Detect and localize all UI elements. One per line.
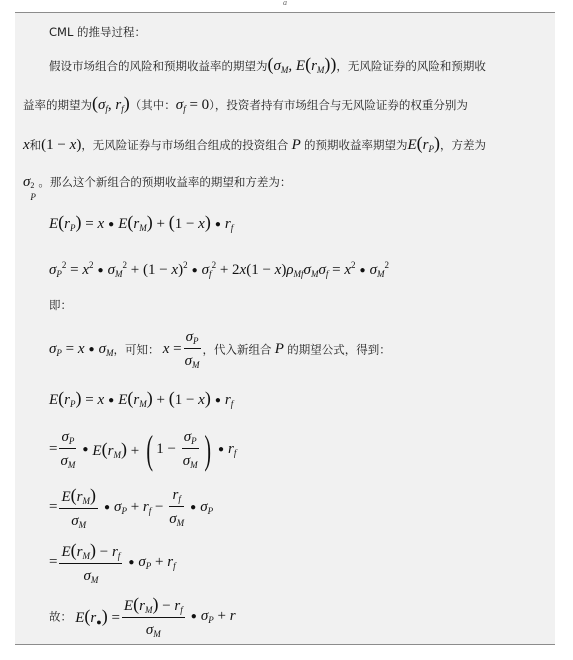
text: 和 [30, 138, 42, 152]
riskfree-math: (σf, rf) [92, 97, 130, 113]
text: 假设市场组合的风险和预期收益率的期望为 [49, 59, 268, 73]
market-portfolio-math: (σM, E(rM)) [268, 58, 337, 74]
sigma-f-zero-math: σf = 0 [176, 97, 209, 113]
text: 的期望公式，得到： [287, 343, 391, 357]
page-header-mark: a [283, 0, 287, 7]
text: ，无风险证券的风险和预期收 [336, 59, 486, 73]
x-math: x [23, 137, 30, 153]
equation-expected-return: E(rP) = x●E(rM) + (1 − x)●rf [49, 213, 233, 237]
text: ，无风险证券与市场组合组成的投资组合 [81, 138, 288, 152]
x-fraction-math: x = [163, 341, 182, 357]
variance-p-math: σ2P [23, 174, 38, 190]
cml-slope-fraction: E(rM) − rfσM [122, 594, 185, 639]
sigma-ratio-fraction: σPσM [184, 329, 201, 370]
conclusion-equation: 故： E(r●) =E(rM) − rfσM●σP + r [49, 594, 236, 639]
text: ，可知： [114, 343, 160, 357]
text: ，方差为 [440, 138, 486, 152]
section-title-text: CML 的推导过程： [49, 25, 146, 39]
expected-return-p-math: E(rP) [407, 137, 440, 153]
p-math: P [275, 341, 284, 357]
text: 益率的期望为 [23, 98, 92, 112]
equation-x-derivation: σP = x●σM，可知： x =σPσM，代入新组合 P 的期望公式，得到： [49, 329, 391, 370]
conclusion-label: 故： [49, 610, 72, 624]
text: 。那么这个新组合的预期收益率的期望和方差为： [38, 175, 291, 189]
one-minus-x-math: (1 − x) [41, 137, 81, 153]
paragraph-line-1: 假设市场组合的风险和预期收益率的期望为(σM, E(rM))，无风险证券的风险和… [49, 55, 486, 79]
equation-variance: σP2 = x2●σM2 + (1 − x)2●σf2 + 2x(1 − x)ρ… [49, 256, 389, 283]
derivation-step-4: =E(rM) − rfσM●σP + rf [49, 540, 176, 585]
p-math: P [292, 137, 301, 153]
text: ），投资者持有市场组合与无风险证券的权重分别为 [209, 98, 468, 112]
paragraph-line-2: 益率的期望为(σf, rf)（其中：σf = 0），投资者持有市场组合与无风险证… [23, 94, 468, 118]
text: 的预期收益率期望为 [304, 138, 408, 152]
paragraph-line-4: σ2P。那么这个新组合的预期收益率的期望和方差为： [23, 173, 291, 191]
paragraph-line-3: x和(1 − x)，无风险证券与市场组合组成的投资组合 P 的预期收益率期望为E… [23, 134, 486, 158]
sigma-p-eq-math: σP = x●σM [49, 341, 114, 357]
derivation-step-1: E(rP) = x●E(rM) + (1 − x)●rf [49, 389, 233, 413]
text: （其中： [130, 98, 176, 112]
section-title: CML 的推导过程： [49, 23, 146, 41]
text: ，代入新组合 [203, 343, 272, 357]
derivation-step-2: =σPσM●E(rM) + (1 − σPσM)●rf [49, 429, 236, 470]
ji-label: 即： [49, 296, 72, 314]
derivation-box: CML 的推导过程： 假设市场组合的风险和预期收益率的期望为(σM, E(rM)… [15, 12, 555, 645]
cml-formula: E(r●) = [75, 610, 120, 626]
derivation-step-3: =E(rM)σM●σP + rf − rfσM●σP [49, 485, 213, 530]
